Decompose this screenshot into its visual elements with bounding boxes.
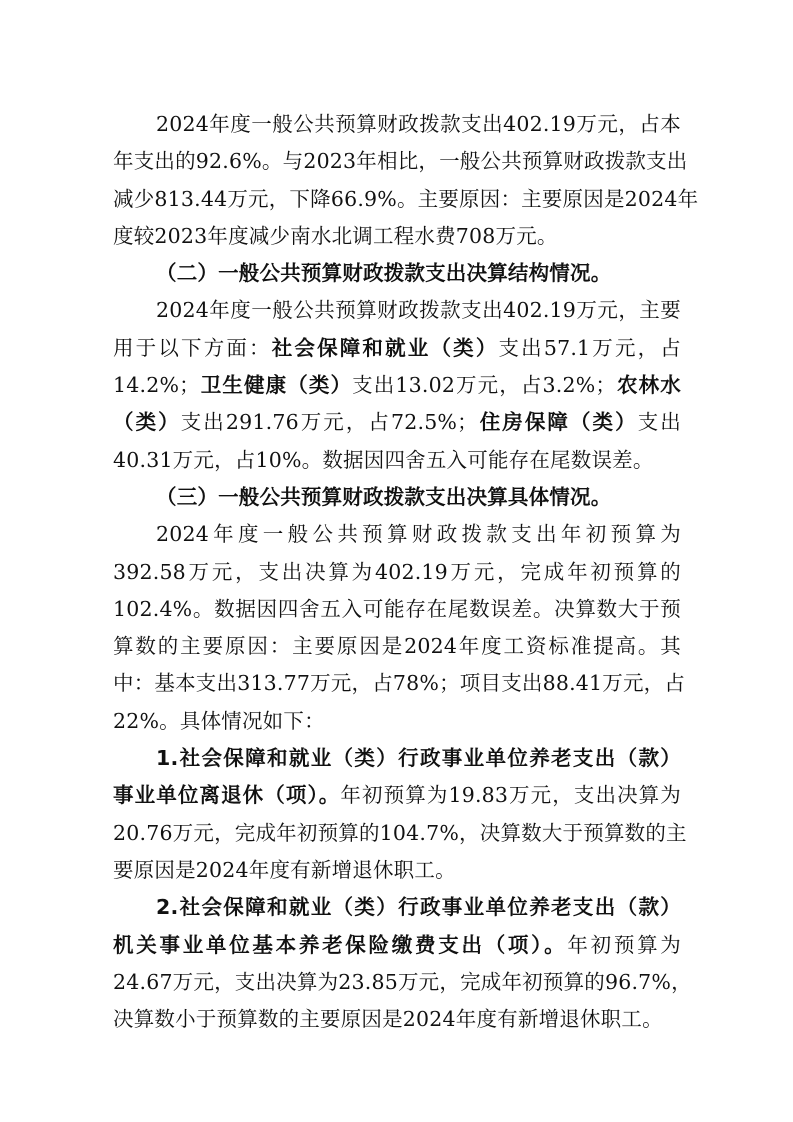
text-line: 22%。具体情况如下： <box>113 703 681 740</box>
category-agriculture: 农林水 <box>616 373 681 397</box>
text-line: 24.67万元，支出决算为23.85万元，完成年初预算的96.7%， <box>113 964 681 1001</box>
text-span: 年初预算为19.83万元，支出决算为 <box>340 783 681 807</box>
text-line: 14.2%；卫生健康（类）支出13.02万元，占3.2%；农林水 <box>113 367 681 404</box>
text-line: 决算数小于预算数的主要原因是2024年度有新增退休职工。 <box>113 1001 681 1038</box>
text-line: 度较2023年度减少南水北调工程水费708万元。 <box>113 218 681 255</box>
section-heading-details: （三）一般公共预算财政拨款支出决算具体情况。 <box>113 479 681 516</box>
text-line: 40.31万元，占10%。数据因四舍五入可能存在尾数误差。 <box>113 442 681 479</box>
heading-text: （二）一般公共预算财政拨款支出决算结构情况。 <box>113 255 681 292</box>
text-line: 392.58万元，支出决算为402.19万元，完成年初预算的 <box>113 554 681 591</box>
text-span: 14.2%； <box>113 373 200 397</box>
item-title-cont: 事业单位离退休（项）。 <box>113 783 340 807</box>
paragraph-overview: 2024年度一般公共预算财政拨款支出402.19万元，占本 年支出的92.6%。… <box>113 106 681 255</box>
text-line: 要原因是2024年度有新增退休职工。 <box>113 852 681 889</box>
category-health: 卫生健康（类） <box>200 373 352 397</box>
paragraph-structure: 2024年度一般公共预算财政拨款支出402.19万元，主要 用于以下方面：社会保… <box>113 292 681 478</box>
text-line: 2024年度一般公共预算财政拨款支出402.19万元，主要 <box>113 292 681 329</box>
item-title: 2.社会保障和就业（类）行政事业单位养老支出（款） <box>113 889 681 926</box>
text-span: 年初预算为 <box>567 933 681 957</box>
text-line: 2024年度一般公共预算财政拨款支出402.19万元，占本 <box>113 106 681 143</box>
text-line: 2024年度一般公共预算财政拨款支出年初预算为 <box>113 516 681 553</box>
heading-text: （三）一般公共预算财政拨款支出决算具体情况。 <box>113 479 681 516</box>
text-line: 算数的主要原因：主要原因是2024年度工资标准提高。其 <box>113 628 681 665</box>
list-item-retirement: 1.社会保障和就业（类）行政事业单位养老支出（款） 事业单位离退休（项）。年初预… <box>113 740 681 889</box>
section-heading-structure: （二）一般公共预算财政拨款支出决算结构情况。 <box>113 255 681 292</box>
text-span: 支出13.02万元，占3.2%； <box>352 373 616 397</box>
text-line: 20.76万元，完成年初预算的104.7%，决算数大于预算数的主 <box>113 815 681 852</box>
text-line: 减少813.44万元，下降66.9%。主要原因：主要原因是2024年 <box>113 181 681 218</box>
text-span: 支出 <box>638 410 681 434</box>
document-page: 2024年度一般公共预算财政拨款支出402.19万元，占本 年支出的92.6%。… <box>113 106 681 1038</box>
text-span: 用于以下方面： <box>113 336 272 360</box>
text-line: 102.4%。数据因四舍五入可能存在尾数误差。决算数大于预 <box>113 591 681 628</box>
text-line: 中：基本支出313.77万元，占78%；项目支出88.41万元，占 <box>113 665 681 702</box>
text-line: （类）支出291.76万元，占72.5%；住房保障（类）支出 <box>113 404 681 441</box>
text-line: 年支出的92.6%。与2023年相比，一般公共预算财政拨款支出 <box>113 143 681 180</box>
text-span: 支出57.1万元，占 <box>499 336 682 360</box>
paragraph-details: 2024年度一般公共预算财政拨款支出年初预算为 392.58万元，支出决算为40… <box>113 516 681 740</box>
category-housing: 住房保障（类） <box>478 410 638 434</box>
category-social-security: 社会保障和就业（类） <box>272 336 499 360</box>
text-line: 事业单位离退休（项）。年初预算为19.83万元，支出决算为 <box>113 777 681 814</box>
item-title: 1.社会保障和就业（类）行政事业单位养老支出（款） <box>113 740 681 777</box>
text-line: 机关事业单位基本养老保险缴费支出（项）。年初预算为 <box>113 927 681 964</box>
list-item-pension-insurance: 2.社会保障和就业（类）行政事业单位养老支出（款） 机关事业单位基本养老保险缴费… <box>113 889 681 1038</box>
text-span: 支出291.76万元，占72.5%； <box>181 410 478 434</box>
text-line: 用于以下方面：社会保障和就业（类）支出57.1万元，占 <box>113 330 681 367</box>
category-agriculture-suffix: （类） <box>113 410 181 434</box>
item-title-cont: 机关事业单位基本养老保险缴费支出（项）。 <box>113 933 567 957</box>
